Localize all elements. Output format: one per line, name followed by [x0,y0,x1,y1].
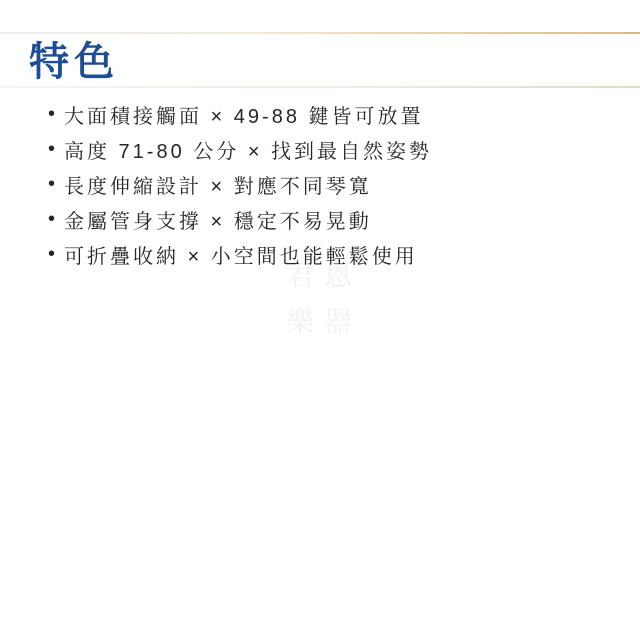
feature-text: 大面積接觸面 × 49-88 鍵皆可放置 [64,100,424,129]
feature-item: • 長度伸縮設計 × 對應不同琴寬 [48,167,432,202]
watermark-char: 器 [319,306,357,338]
feature-item: • 高度 71-80 公分 × 找到最自然姿勢 [48,132,432,167]
feature-text: 長度伸縮設計 × 對應不同琴寬 [64,170,372,199]
bullet-dot: • [48,208,64,231]
feature-text: 金屬管身支撐 × 穩定不易晃動 [64,205,372,234]
top-divider [0,32,640,34]
bullet-dot: • [48,243,64,266]
feature-item: • 可折疊收納 × 小空間也能輕鬆使用 [48,237,432,272]
title-divider [0,86,640,88]
page-title: 特色 [29,38,119,86]
feature-item: • 金屬管身支撐 × 穩定不易晃動 [48,202,432,237]
bullet-dot: • [48,173,64,196]
product-feature-page: 特色 • 大面積接觸面 × 49-88 鍵皆可放置 • 高度 71-80 公分 … [0,0,640,640]
feature-list: • 大面積接觸面 × 49-88 鍵皆可放置 • 高度 71-80 公分 × 找… [48,97,432,272]
feature-text: 可折疊收納 × 小空間也能輕鬆使用 [64,240,418,269]
watermark-char: 樂 [281,306,319,338]
feature-text: 高度 71-80 公分 × 找到最自然姿勢 [64,135,432,164]
bullet-dot: • [48,103,64,126]
bullet-dot: • [48,138,64,161]
feature-item: • 大面積接觸面 × 49-88 鍵皆可放置 [48,97,432,132]
